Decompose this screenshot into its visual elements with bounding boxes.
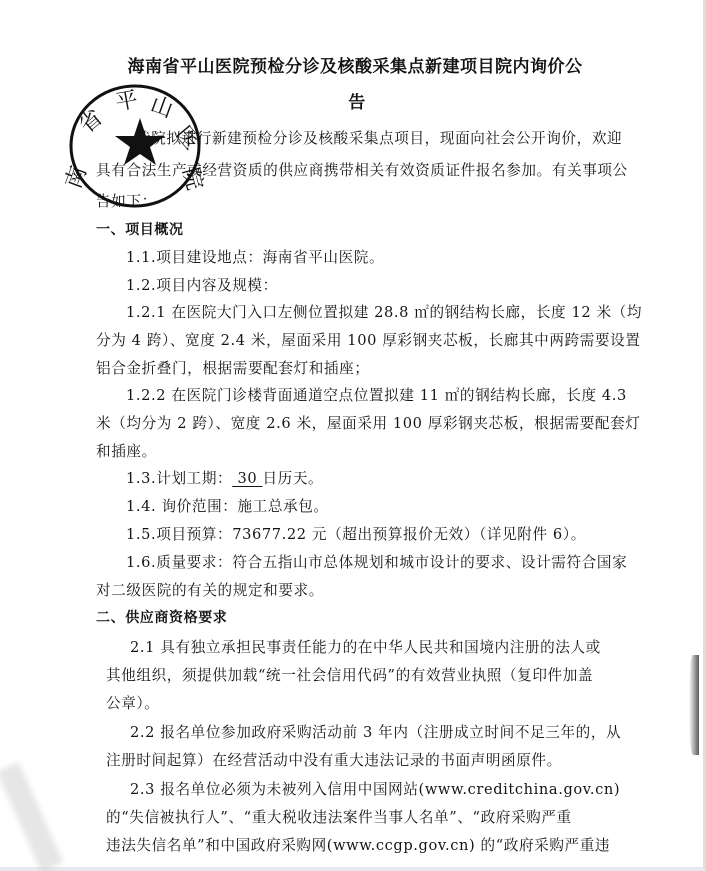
item-1-1: 1.1.项目建设地点：海南省平山医院。 xyxy=(126,246,384,267)
document-title-line1: 海南省平山医院预检分诊及核酸采集点新建项目院内询价公 xyxy=(2,52,706,77)
item-2-1-line-1: 2.1 具有独立承担民事责任能力的在中华人民共和国境内注册的法人或 xyxy=(130,636,601,657)
item-1-3: 1.3.计划工期： 30 日历天。 xyxy=(126,467,323,488)
svg-text:南: 南 xyxy=(65,163,92,192)
item-1-2-2-line-2: 米（均分为 2 跨）、宽度 2.6 米，屋面采用 100 厚彩钢夹芯板，根据需要… xyxy=(96,412,641,433)
item-1-2-1-line-1: 1.2.1 在医院大门入口左侧位置拟建 28.8 ㎡的钢结构长廊，长度 12 米… xyxy=(126,301,642,322)
item-1-2: 1.2.项目内容及规模： xyxy=(126,274,278,295)
item-1-2-1-line-3: 铝合金折叠门，根据需要配套灯和插座； xyxy=(96,357,370,378)
scan-corner-shadow xyxy=(0,762,63,871)
item-1-6-line-2: 对二级医院的有关的规定和要求。 xyxy=(96,579,324,600)
intro-line-2: 具有合法生产或经营资质的供应商携带相关有效资质证件报名参加。有关事项公 xyxy=(96,159,628,180)
document-title-line2: 告 xyxy=(4,88,706,113)
item-1-6-line-1: 1.6.质量要求：符合五指山市总体规划和城市设计的要求、设计需符合国家 xyxy=(126,551,627,572)
section-1-heading: 一、项目概况 xyxy=(96,219,184,239)
intro-line-1: 我院拟进行新建预检分诊及核酸采集点项目，现面向社会公开询价，欢迎 xyxy=(136,127,622,148)
scan-edge-shadow xyxy=(689,655,699,755)
item-1-2-2-line-3: 和插座。 xyxy=(96,440,157,461)
item-2-2-line-2: 注册时间起算）在经营活动中没有重大违法记录的书面声明函原件。 xyxy=(106,749,562,770)
item-2-3-line-2: 的“失信被执行人”、“重大税收违法案件当事人名单”、“政府采购严重 xyxy=(106,806,572,827)
item-1-3-days: 30 xyxy=(232,470,262,487)
item-2-3-line-1: 2.3 报名单位必须为未被列入信用中国网站(www.creditchina.go… xyxy=(130,778,620,799)
item-1-4: 1.4. 询价范围：施工总承包。 xyxy=(126,495,329,516)
item-1-2-2-line-1: 1.2.2 在医院门诊楼背面通道空点位置拟建 11 ㎡的钢结构长廊，长度 4.3 xyxy=(126,384,627,405)
document-page: 海南省平山医院预检分诊及核酸采集点新建项目院内询价公 告 我院拟进行新建预检分诊… xyxy=(0,0,706,871)
item-2-1-line-3: 公章）。 xyxy=(106,692,159,713)
section-2-heading: 二、供应商资格要求 xyxy=(96,607,227,627)
item-1-3-label: 1.3.计划工期： xyxy=(126,470,232,487)
item-1-5: 1.5.项目预算：73677.22 元（超出预算报价无效）（详见附件 6）。 xyxy=(126,523,586,544)
item-2-2-line-1: 2.2 报名单位参加政府采购活动前 3 年内（注册成立时间不足三年的，从 xyxy=(130,721,621,742)
intro-line-3: 告如下： xyxy=(96,190,157,211)
item-1-3-suffix: 日历天。 xyxy=(262,470,323,487)
item-2-1-line-2: 其他组织，须提供加载“统一社会信用代码”的有效营业执照（复印件加盖 xyxy=(106,664,593,685)
item-2-3-line-3: 违法失信名单”和中国政府采购网(www.ccgp.gov.cn) 的“政府采购严… xyxy=(106,834,610,855)
item-1-2-1-line-2: 分为 4 跨）、宽度 2.4 米，屋面采用 100 厚彩钢夹芯板，长廊其中两跨需… xyxy=(96,329,641,350)
